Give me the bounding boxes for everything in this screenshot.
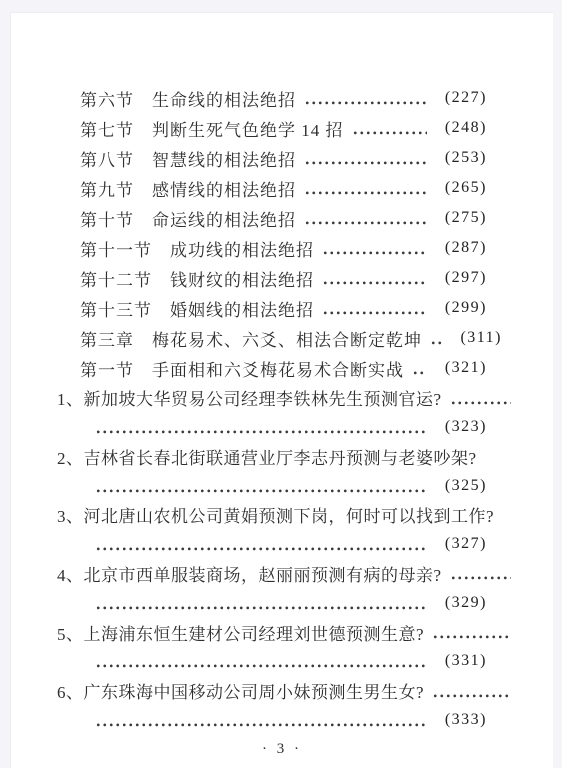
toc-row-case-3: 3、河北唐山农机公司黄娟预测下岗，何时可以找到工作? [57, 500, 513, 529]
dot-leader [95, 598, 427, 614]
page-number: (297) [435, 269, 487, 287]
section-label: 第一节 [80, 356, 134, 381]
toc-row-case-1-page: (323) [87, 412, 487, 441]
folio-page-number: · 3 · [11, 741, 553, 761]
case-title: 2、吉林省长春北街联通营业厅李志丹预测与老婆吵架? [57, 444, 477, 469]
page-number: (327) [435, 535, 487, 553]
dot-leader [304, 183, 427, 199]
section-title: 婚姻线的相法绝招 [170, 296, 314, 321]
toc-row-case-6: 6、广东珠海中国移动公司周小妹预测生男生女? [57, 676, 513, 705]
case-title: 6、广东珠海中国移动公司周小妹预测生男生女? [57, 678, 424, 703]
toc-row-case-6-page: (333) [87, 705, 487, 734]
section-label: 第十节 [80, 206, 134, 231]
section-title: 感情线的相法绝招 [152, 176, 296, 201]
page-number: (275) [435, 209, 487, 227]
section-title: 生命线的相法绝招 [152, 86, 296, 111]
case-title: 4、北京市西单服装商场，赵丽丽预测有病的母亲? [57, 561, 442, 586]
page-number: (331) [435, 652, 487, 670]
dot-leader [304, 153, 427, 169]
toc-row-case-4-page: (329) [87, 588, 487, 617]
dot-leader [95, 539, 427, 555]
dot-leader [450, 568, 511, 584]
toc-row-section-10: 第十节 命运线的相法绝招 (275) [80, 203, 487, 233]
page-number: (333) [435, 711, 487, 729]
dot-leader [95, 656, 427, 672]
case-title: 5、上海浦东恒生建材公司经理刘世德预测生意? [57, 620, 424, 645]
section-title: 手面相和六爻梅花易术合断实战 [152, 356, 404, 381]
toc-row-section-13: 第十三节 婚姻线的相法绝招 (299) [80, 293, 487, 323]
toc-row-case-3-page: (327) [87, 529, 487, 558]
toc-row-section-9: 第九节 感情线的相法绝招 (265) [80, 173, 487, 203]
dot-leader [322, 303, 427, 319]
toc-row-section-1: 第一节 手面相和六爻梅花易术合断实战 (321) [80, 353, 487, 383]
toc-row-chapter-3: 第三章 梅花易术、六爻、相法合断定乾坤 (311) [80, 323, 487, 353]
page-number: (325) [435, 477, 487, 495]
page-number: (323) [435, 418, 487, 436]
page-number: (253) [435, 149, 487, 167]
page-number: (248) [435, 119, 487, 137]
section-label: 第七节 [80, 116, 134, 141]
toc-row-section-12: 第十二节 钱财纹的相法绝招 (297) [80, 263, 487, 293]
toc-row-section-6: 第六节 生命线的相法绝招 (227) [80, 83, 487, 113]
page-number: (265) [435, 179, 487, 197]
dot-leader [322, 273, 427, 289]
toc-row-section-11: 第十一节 成功线的相法绝招 (287) [80, 233, 487, 263]
dot-leader [450, 393, 511, 409]
section-title: 成功线的相法绝招 [170, 236, 314, 261]
toc-row-case-1: 1、新加坡大华贸易公司经理李铁林先生预测官运? [57, 383, 513, 412]
dot-leader [412, 363, 427, 379]
toc-row-section-7: 第七节 判断生死气色绝学 14 招 (248) [80, 113, 487, 143]
section-label: 第八节 [80, 146, 134, 171]
dot-leader [95, 422, 427, 438]
section-label: 第十三节 [80, 296, 152, 321]
toc-row-case-4: 4、北京市西单服装商场，赵丽丽预测有病的母亲? [57, 559, 513, 588]
page-number: (287) [435, 239, 487, 257]
section-label: 第十二节 [80, 266, 152, 291]
page-number: (227) [435, 89, 487, 107]
toc-row-case-5-page: (331) [87, 647, 487, 676]
toc-row-case-5: 5、上海浦东恒生建材公司经理刘世德预测生意? [57, 617, 513, 646]
scan-background: 第六节 生命线的相法绝招 (227) 第七节 判断生死气色绝学 14 招 (24… [0, 0, 562, 768]
section-title: 命运线的相法绝招 [152, 206, 296, 231]
page-number: (329) [435, 594, 487, 612]
book-page: 第六节 生命线的相法绝招 (227) 第七节 判断生死气色绝学 14 招 (24… [10, 12, 553, 768]
dot-leader [95, 715, 427, 731]
section-title: 判断生死气色绝学 14 招 [152, 116, 344, 141]
case-title: 3、河北唐山农机公司黄娟预测下岗，何时可以找到工作? [57, 502, 494, 527]
dot-leader [304, 93, 427, 109]
dot-leader [95, 481, 427, 497]
toc-row-case-2-page: (325) [87, 471, 487, 500]
chapter-title: 梅花易术、六爻、相法合断定乾坤 [152, 326, 422, 351]
case-title: 1、新加坡大华贸易公司经理李铁林先生预测官运? [57, 385, 442, 410]
page-number: (321) [435, 359, 487, 377]
dot-leader [432, 686, 511, 702]
section-title: 智慧线的相法绝招 [152, 146, 296, 171]
dot-leader [352, 123, 428, 139]
dot-leader [432, 627, 511, 643]
section-label: 第六节 [80, 86, 134, 111]
section-label: 第十一节 [80, 236, 152, 261]
page-number: (299) [435, 299, 487, 317]
toc-row-case-2: 2、吉林省长春北街联通营业厅李志丹预测与老婆吵架? [57, 442, 513, 471]
chapter-label: 第三章 [80, 326, 134, 351]
toc-row-section-8: 第八节 智慧线的相法绝招 (253) [80, 143, 487, 173]
section-title: 钱财纹的相法绝招 [170, 266, 314, 291]
dot-leader [430, 333, 442, 349]
page-number: (311) [450, 329, 502, 347]
section-label: 第九节 [80, 176, 134, 201]
dot-leader [304, 213, 427, 229]
dot-leader [322, 243, 427, 259]
